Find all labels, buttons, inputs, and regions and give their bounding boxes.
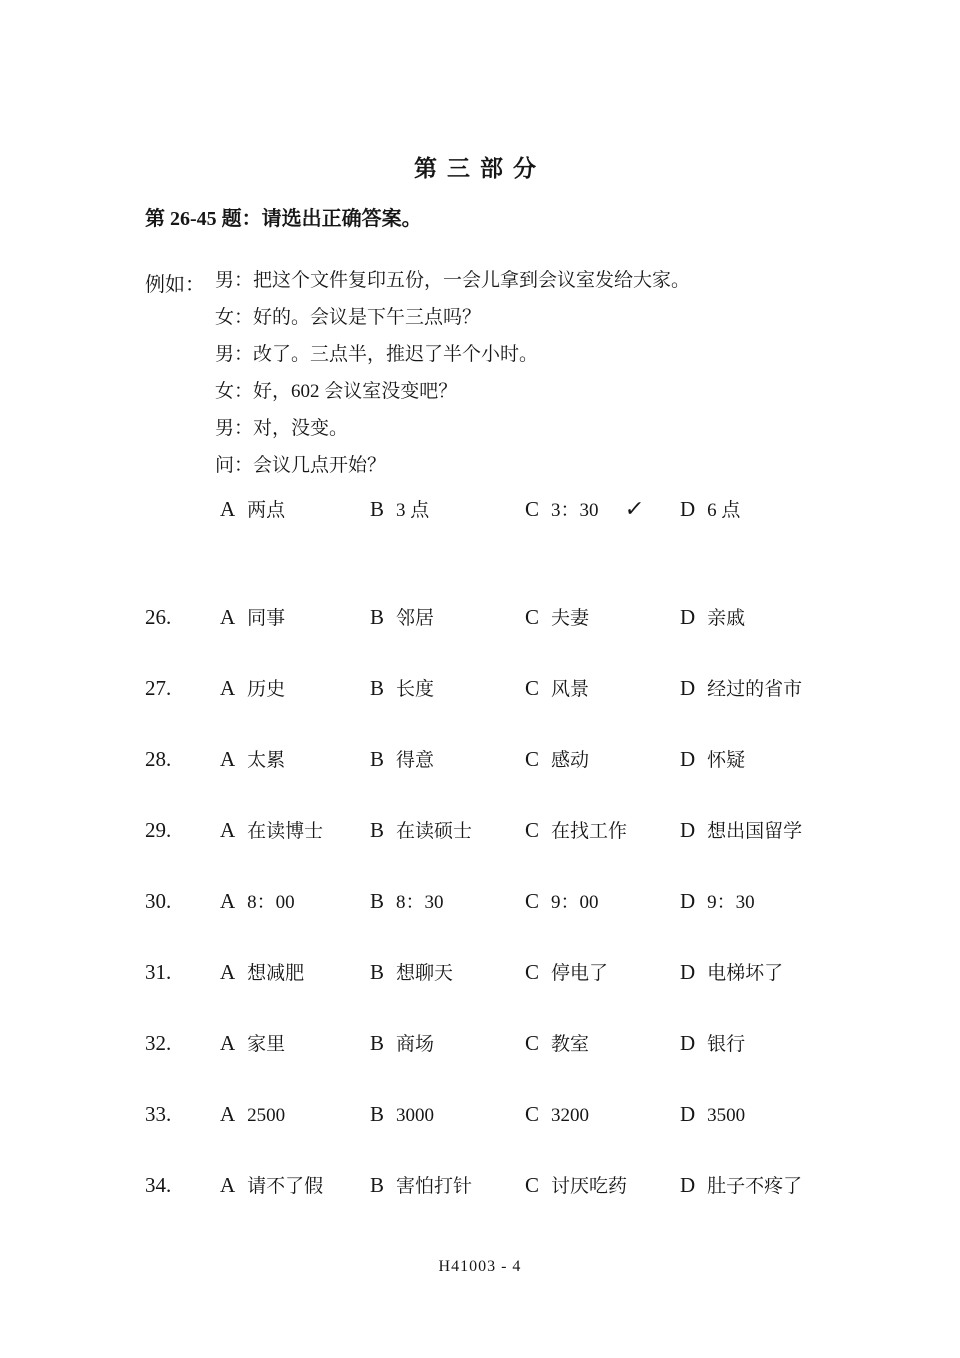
option-B: B得意 [370,747,434,773]
question-options-row: A想减肥B想聊天C停电了D电梯坏了 [145,960,915,985]
option-B: B3 点 [370,497,429,523]
dialog-line: 男：把这个文件复印五份，一会儿拿到会议室发给大家。 [215,268,915,305]
option-text: 3 点 [396,500,429,521]
example-options-row: A两点B3 点C3：30✓D6 点 [145,497,915,522]
option-text: 同事 [247,608,285,629]
option-A: A家里 [220,1031,285,1057]
option-text: 在读博士 [247,821,323,842]
option-letter: C [525,818,539,842]
option-A: A8：00 [220,889,295,915]
option-A: A历史 [220,676,285,702]
option-A: A同事 [220,605,285,631]
option-letter: A [220,497,235,521]
option-text: 银行 [707,1034,745,1055]
option-text: 3：30 [551,500,599,521]
option-letter: C [525,1102,539,1126]
option-letter: A [220,747,235,771]
option-text: 历史 [247,679,285,700]
option-C: C3200 [525,1102,589,1128]
option-text: 在读硕士 [396,821,472,842]
option-text: 太累 [247,750,285,771]
option-text: 得意 [396,750,434,771]
option-text: 9：00 [551,892,599,913]
question-options-row: A历史B长度C风景D经过的省市 [145,676,915,701]
option-D: D电梯坏了 [680,960,783,986]
option-text: 经过的省市 [707,679,802,700]
option-B: B8：30 [370,889,444,915]
option-D: D银行 [680,1031,745,1057]
dialog-line: 女：好的。会议是下午三点吗？ [215,305,915,342]
option-D: D肚子不疼了 [680,1173,802,1199]
option-B: B邻居 [370,605,434,631]
dialog-line: 男：对，没变。 [215,416,915,453]
dialog-line: 女：好，602 会议室没变吧？ [215,379,915,416]
option-B: B害怕打针 [370,1173,472,1199]
option-letter: B [370,889,384,913]
option-text: 肚子不疼了 [707,1176,802,1197]
option-text: 想聊天 [396,963,453,984]
example-label: 例如： [145,268,205,297]
option-C: C夫妻 [525,605,589,631]
option-letter: B [370,818,384,842]
question-row: 31.A想减肥B想聊天C停电了D电梯坏了 [145,960,915,1031]
option-C: C9：00 [525,889,599,915]
option-C: C3：30✓ [525,497,643,523]
question-options-row: A请不了假B害怕打针C讨厌吃药D肚子不疼了 [145,1173,915,1198]
option-letter: C [525,1031,539,1055]
question-row: 29.A在读博士B在读硕士C在找工作D想出国留学 [145,818,915,889]
option-letter: B [370,1102,384,1126]
option-text: 长度 [396,679,434,700]
option-letter: D [680,960,695,984]
question-options-row: A太累B得意C感动D怀疑 [145,747,915,772]
option-letter: A [220,1102,235,1126]
option-text: 8：00 [247,892,295,913]
option-letter: C [525,747,539,771]
question-row: 28.A太累B得意C感动D怀疑 [145,747,915,818]
option-text: 想减肥 [247,963,304,984]
option-letter: A [220,1173,235,1197]
option-C: C在找工作 [525,818,627,844]
option-letter: D [680,889,695,913]
option-letter: A [220,889,235,913]
option-C: C教室 [525,1031,589,1057]
option-text: 3200 [551,1105,589,1126]
option-A: A2500 [220,1102,285,1128]
option-text: 夫妻 [551,608,589,629]
exam-page: 第三部分 第 26-45 题：请选出正确答案。 例如： 男：把这个文件复印五份，… [0,0,960,1358]
option-text: 请不了假 [247,1176,323,1197]
option-text: 停电了 [551,963,608,984]
option-text: 电梯坏了 [707,963,783,984]
option-letter: A [220,676,235,700]
option-A: A请不了假 [220,1173,323,1199]
option-text: 家里 [247,1034,285,1055]
option-letter: C [525,605,539,629]
option-text: 商场 [396,1034,434,1055]
option-letter: D [680,497,695,521]
option-text: 风景 [551,679,589,700]
question-options-row: A同事B邻居C夫妻D亲戚 [145,605,915,630]
option-D: D亲戚 [680,605,745,631]
checkmark-icon: ✓ [623,497,645,522]
option-text: 9：30 [707,892,755,913]
questions-list: 26.A同事B邻居C夫妻D亲戚27.A历史B长度C风景D经过的省市28.A太累B… [145,605,915,1244]
question-options-row: A在读博士B在读硕士C在找工作D想出国留学 [145,818,915,843]
option-letter: D [680,605,695,629]
option-D: D怀疑 [680,747,745,773]
option-letter: D [680,676,695,700]
option-letter: A [220,818,235,842]
dialog-line: 问：会议几点开始？ [215,453,915,490]
option-C: C停电了 [525,960,608,986]
option-letter: D [680,1173,695,1197]
question-options-row: A8：00B8：30C9：00D9：30 [145,889,915,914]
question-row: 34.A请不了假B害怕打针C讨厌吃药D肚子不疼了 [145,1173,915,1244]
question-options-row: A2500B3000C3200D3500 [145,1102,915,1127]
option-text: 2500 [247,1105,285,1126]
option-A: A两点 [220,497,285,523]
option-text: 8：30 [396,892,444,913]
option-letter: C [525,497,539,521]
question-row: 27.A历史B长度C风景D经过的省市 [145,676,915,747]
option-B: B想聊天 [370,960,453,986]
option-B: B长度 [370,676,434,702]
option-B: B3000 [370,1102,434,1128]
option-C: C风景 [525,676,589,702]
option-D: D想出国留学 [680,818,802,844]
option-letter: C [525,1173,539,1197]
option-letter: B [370,676,384,700]
page-footer: H41003 - 4 [0,1258,960,1276]
option-B: B在读硕士 [370,818,472,844]
option-D: D9：30 [680,889,755,915]
option-letter: C [525,676,539,700]
option-text: 在找工作 [551,821,627,842]
page-title: 第三部分 [0,150,960,183]
option-text: 害怕打针 [396,1176,472,1197]
option-text: 想出国留学 [707,821,802,842]
option-letter: B [370,960,384,984]
question-row: 33.A2500B3000C3200D3500 [145,1102,915,1173]
option-letter: A [220,605,235,629]
option-text: 怀疑 [707,750,745,771]
option-C: C讨厌吃药 [525,1173,627,1199]
option-text: 两点 [247,500,285,521]
option-letter: B [370,497,384,521]
option-letter: D [680,747,695,771]
option-letter: B [370,747,384,771]
option-letter: D [680,1102,695,1126]
option-letter: B [370,605,384,629]
question-options-row: A家里B商场C教室D银行 [145,1031,915,1056]
option-letter: D [680,1031,695,1055]
question-row: 30.A8：00B8：30C9：00D9：30 [145,889,915,960]
option-text: 3000 [396,1105,434,1126]
option-D: D3500 [680,1102,745,1128]
section-instruction: 第 26-45 题：请选出正确答案。 [145,202,422,231]
option-text: 感动 [551,750,589,771]
example-dialog: 男：把这个文件复印五份，一会儿拿到会议室发给大家。女：好的。会议是下午三点吗？男… [215,268,915,490]
option-D: D经过的省市 [680,676,802,702]
dialog-line: 男：改了。三点半，推迟了半个小时。 [215,342,915,379]
option-text: 教室 [551,1034,589,1055]
option-B: B商场 [370,1031,434,1057]
question-row: 26.A同事B邻居C夫妻D亲戚 [145,605,915,676]
option-letter: B [370,1031,384,1055]
option-letter: A [220,1031,235,1055]
option-A: A在读博士 [220,818,323,844]
question-row: 32.A家里B商场C教室D银行 [145,1031,915,1102]
option-A: A想减肥 [220,960,304,986]
option-D: D6 点 [680,497,740,523]
option-text: 邻居 [396,608,434,629]
option-letter: C [525,889,539,913]
option-letter: B [370,1173,384,1197]
option-C: C感动 [525,747,589,773]
option-text: 6 点 [707,500,740,521]
option-letter: A [220,960,235,984]
option-letter: D [680,818,695,842]
option-text: 亲戚 [707,608,745,629]
option-text: 3500 [707,1105,745,1126]
option-A: A太累 [220,747,285,773]
option-letter: C [525,960,539,984]
option-text: 讨厌吃药 [551,1176,627,1197]
